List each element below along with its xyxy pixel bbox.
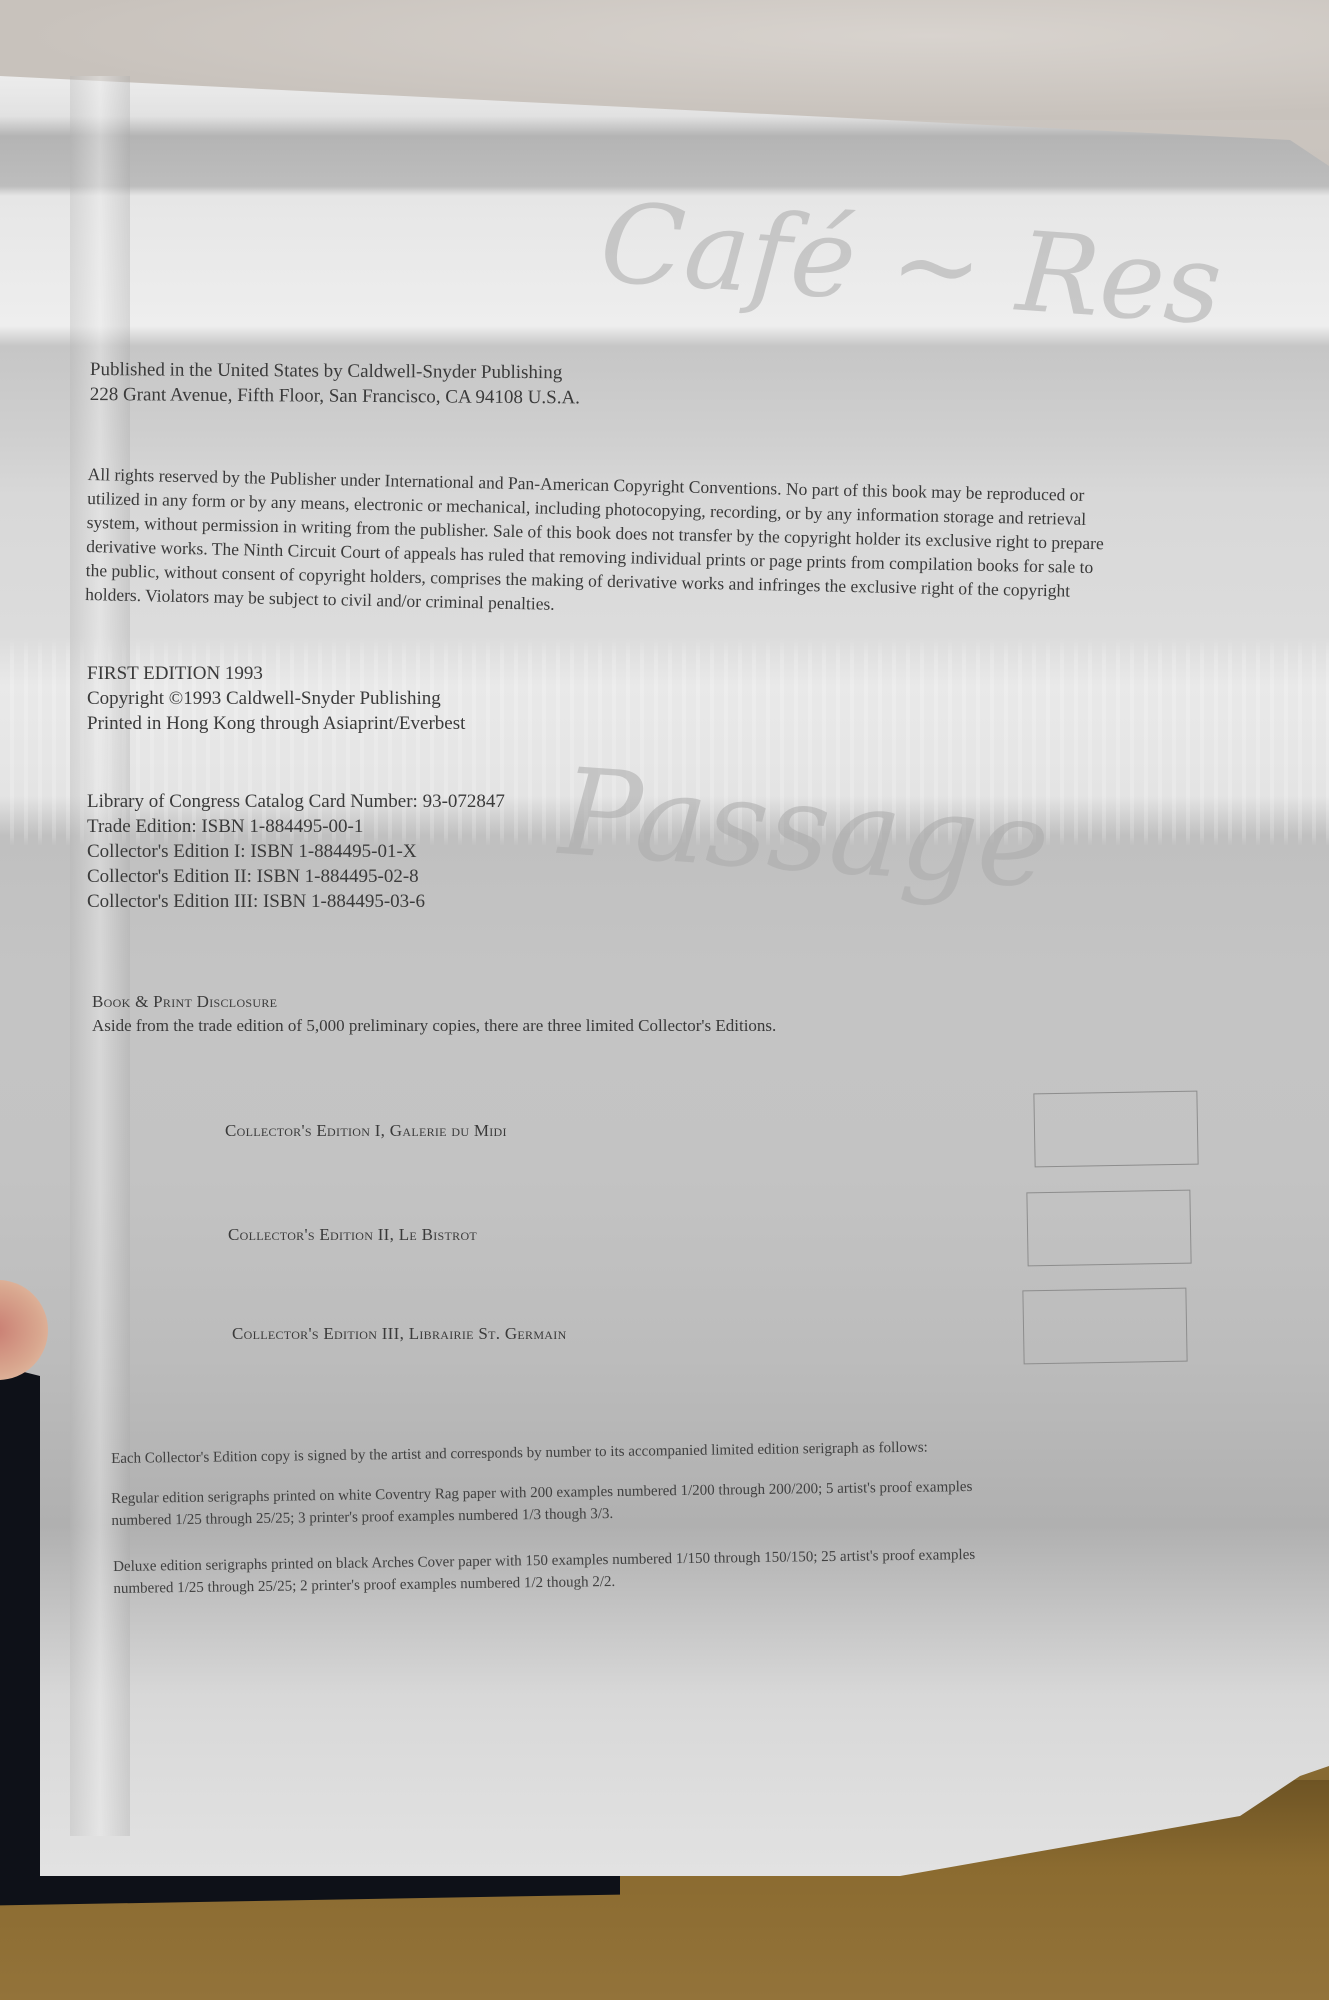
collector-edition-1: Collector's Edition I, Galerie du Midi xyxy=(225,1121,507,1141)
publisher-address: 228 Grant Avenue, Fifth Floor, San Franc… xyxy=(90,382,580,410)
copyright-page xyxy=(0,76,1329,1876)
disclosure-heading: Book & Print Disclosure xyxy=(92,990,776,1014)
publisher-block: Published in the United States by Caldwe… xyxy=(90,357,581,410)
edition-block: FIRST EDITION 1993 Copyright ©1993 Caldw… xyxy=(87,661,465,736)
isbn-collector-3: Collector's Edition III: ISBN 1-884495-0… xyxy=(87,889,505,914)
signature-box-2 xyxy=(1026,1190,1191,1267)
disclosure-block: Book & Print Disclosure Aside from the t… xyxy=(92,990,776,1038)
catalog-block: Library of Congress Catalog Card Number:… xyxy=(87,789,505,914)
rights-paragraph: All rights reserved by the Publisher und… xyxy=(85,462,1105,627)
copyright-notice: Copyright ©1993 Caldwell-Snyder Publishi… xyxy=(87,686,465,711)
isbn-collector-2: Collector's Edition II: ISBN 1-884495-02… xyxy=(87,864,505,889)
collector-edition-2: Collector's Edition II, Le Bistrot xyxy=(228,1225,477,1245)
signature-box-3 xyxy=(1022,1288,1187,1365)
first-edition: FIRST EDITION 1993 xyxy=(87,661,465,686)
isbn-collector-1: Collector's Edition I: ISBN 1-884495-01-… xyxy=(87,839,505,864)
disclosure-text: Aside from the trade edition of 5,000 pr… xyxy=(92,1014,776,1038)
isbn-trade: Trade Edition: ISBN 1-884495-00-1 xyxy=(87,814,505,839)
printing-info: Printed in Hong Kong through Asiaprint/E… xyxy=(87,711,465,736)
publisher-line-1: Published in the United States by Caldwe… xyxy=(90,357,580,385)
collector-edition-3: Collector's Edition III, Librairie St. G… xyxy=(232,1324,567,1344)
lccn: Library of Congress Catalog Card Number:… xyxy=(87,789,505,814)
signature-box-1 xyxy=(1033,1091,1198,1168)
